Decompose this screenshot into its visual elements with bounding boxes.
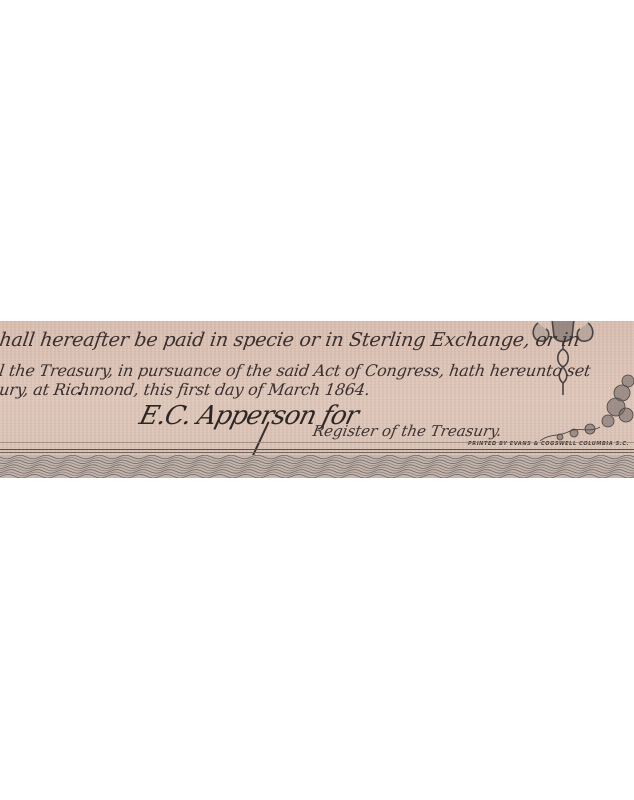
bond-text-line-3: ury, at Richmond, this first day of Marc… xyxy=(0,380,371,399)
guilloche-border xyxy=(0,455,634,478)
border-rule-bottom xyxy=(0,452,634,453)
bond-text-line-1: hall hereafter be paid in specie or in S… xyxy=(0,329,581,351)
register-title: Register of the Treasury. xyxy=(311,422,503,440)
border-rule-top xyxy=(0,449,634,450)
ink-dot xyxy=(78,392,81,395)
floral-engraving-icon xyxy=(530,341,634,451)
signature-rule xyxy=(0,442,634,443)
bond-text-line-2: l the Treasury, in pursuance of the said… xyxy=(0,361,592,380)
bond-fragment: hall hereafter be paid in specie or in S… xyxy=(0,321,634,478)
